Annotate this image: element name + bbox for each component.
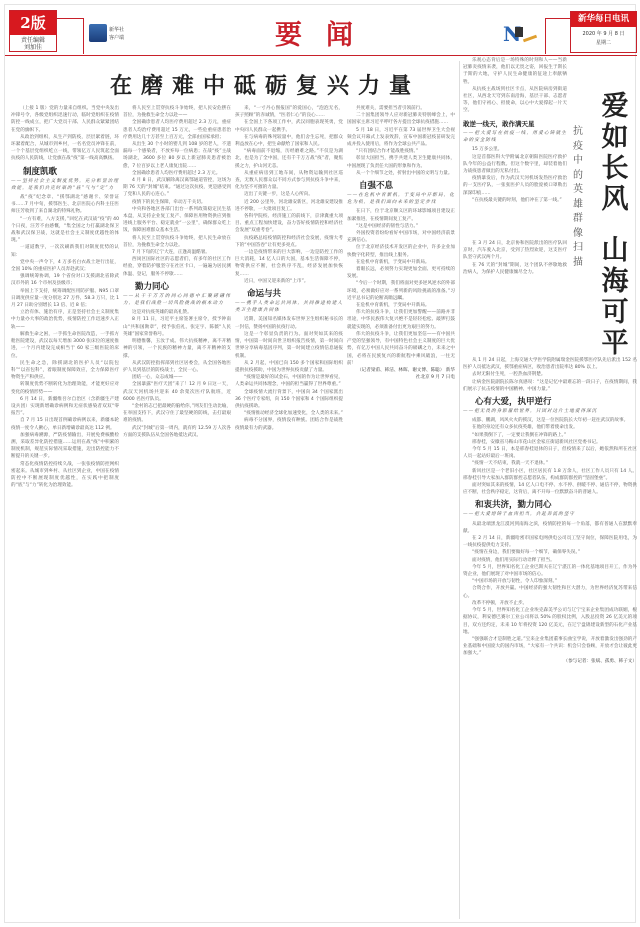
paragraph: 自 7 月 15 日出现首例确诊病例以来，新疆本轮疫情一度令人揪心，单日新增确诊… <box>11 417 119 431</box>
paragraph: 武汉“封城”后第一周内，就有约 12.59 万人次各方面的支援队伍从全国各地抵达… <box>123 425 231 439</box>
paragraph: 从武汉防控指挥部到社区居委会，从全国各地医护人员到基层的防疫战士，全民一心。 <box>123 360 231 374</box>
paragraph: “疫情在身边，我们要做好每一个细节，确保零失误。” <box>463 549 637 556</box>
paragraph: 各科学院校、经济施工的前线下，京津冀重大项目、重点工程加快建设，奋力答好疫情防控… <box>235 213 343 235</box>
section-title: 要闻 <box>275 13 377 52</box>
paragraph: 加强病毒溯源，严防疫情输出，开展免费核酸检测，采取差异化防控措施……运用在战“疫… <box>11 432 119 461</box>
feature-heading-1: 敢逆一线天，敢作满天星 <box>463 118 567 130</box>
paragraph: 从政治到组织，从生产到防疫，层层紧着链，环环紧着配合，从城市到乡村，一名名党员冲… <box>11 134 119 163</box>
decor-line <box>83 18 84 54</box>
paragraph: 从 1 月 24 日起，上海交通大学医学院附属瑞金医院援鄂医疗队先后派出 152… <box>463 357 637 371</box>
paragraph: 邢春桂，安徽省马鞍山市花山区金家庄街道新风社区党委书记。 <box>463 439 637 446</box>
section-subheading: ——携手人类命运共同体，共同推进构建人类卫生健康共同体 <box>235 300 343 314</box>
paragraph: 一道道数字，一次次刷新我们对制度优势的认知： <box>11 244 119 258</box>
paragraph: 这是对抗疫英雄的最高礼赞。 <box>123 309 231 316</box>
paragraph: 团结一心，众志成城—— <box>123 374 231 381</box>
paragraph: 今年 5 月 15 日，本是邢春桂退休的日子，但疫情来了以后，她依然和所在社区人… <box>463 446 637 460</box>
paragraph: “这是中国经济的韧性与活力。” <box>347 223 455 230</box>
paragraph: 改革不停顿，开放不止步。 <box>463 600 637 607</box>
paragraph: 今年 5 月，世界知名化工企业埃克森美孚公司与辽宁宝来企业集团成功联姻，根据协议… <box>463 607 637 636</box>
paragraph: 在危机中育新机，于变局中开新局。 <box>347 259 455 266</box>
paragraph: 中央和各地区各部门出台一系列政策稳定民生基本盘，从支持企业复工复产、保障医用物资… <box>123 206 231 235</box>
paragraph: 在 76 天的“封城”期间，这个团队不停歇地救治病人，为保护人民健康倾尽全力。 <box>463 262 567 276</box>
paragraph: 疫情暴发后，作为武汉天河机场发热医疗救治的一支医疗队，一张张医护人员的脸庞被口罩… <box>463 175 567 197</box>
article-byline: （记者梁甫、韩洁、林晖、谢文博、陈聪） 新华社北京 9 月 7 日电 <box>347 367 455 381</box>
paragraph: 转制度优势不断转化为治理效能，才能更好应对变化的疫情形势—— <box>11 381 119 395</box>
paragraph: “一方有难，八方支援，”回忆在武汉战“疫”的 40 个日夜，汪芳不由感慨，“集全… <box>11 216 119 245</box>
paragraph: 近期，美国知名媒体发布世界卫生组织秘书长的一封信，赞扬中国的抗疫行动。 <box>235 316 343 330</box>
decor-line <box>545 18 570 19</box>
paragraph: 从一个个细节之处，折射出中国的文明与力量。 <box>347 170 455 177</box>
col1-paragraphs: （上接 1 版）党的力量来自组织。当党中央发出冲锋号令，各级党组织迅速行动，临时… <box>11 105 119 163</box>
paragraph: “金村的志已把最硬的脑给你，”网友们生动比喻，在举国支持下，武汉守住了最坚硬的防… <box>123 403 231 425</box>
paragraph: 立治有体、施治有序，正是坚持社会主义制度集中力量办大事的政治优势，疫情防控工作迅… <box>11 309 119 331</box>
paragraph: 在与病毒的殊死较量中，他们舍生忘死，把群众利益放在心中，把生命献给了国家和人民。 <box>235 134 343 148</box>
section-heading-shared-future: 命运与共 <box>235 288 343 300</box>
paragraph: 在 2 月 14 日，新疆哈密市国家电网供电公司员工坚守岗位，保障医院用电，为一… <box>463 535 637 549</box>
article-column-2: 将人民至上贯穿抗疫斗争始终，把人民安危摆在首位，为挽救生命全力以赴——全国确诊患… <box>123 105 231 917</box>
paragraph: 将人民至上贯穿抗疫斗争始终，把人民生命放在首位，为挽救生命全力以赴。 <box>123 235 231 249</box>
paragraph: “强强联合才是制胜之道。”宝来企业集团董事长曲宝学说，开放着激发出强劲的产业基础… <box>463 636 637 658</box>
article-column-1: （上接 1 版）党的力量来自组织。当党中央发出冲锋号令，各级党组织迅速行动，临时… <box>11 105 119 917</box>
paragraph: 病毒不分国界，疫情没有种族。团结合作是战胜疫情最有力的武器。 <box>235 417 343 431</box>
paragraph: 在 3 月 24 日，北京协和医院派出的医疗队回京时，汽车驶入北京，受到了热烈欢… <box>463 240 567 262</box>
paragraph: 这是一个彰显负责的行为。面对突如其来的疫情，中国第一时间向世卫组织报告疫情，第一… <box>235 331 343 360</box>
paragraph: 从出生 30 个小时的婴儿到 108 岁的老人，不遗漏每一个感染者，不放弃每一位… <box>123 141 231 170</box>
paragraph: 这是首都医科大学附属北京朝阳医院医疗救护队今年的公益行程数。但这个数字里，却装着… <box>463 154 567 176</box>
paragraph: 着眼长远，必须努力实现更加全面、更可持续的发展。 <box>347 266 455 280</box>
section-subheading: ——从千千万万的同心同德中汇聚磅礴伟力，是我们战胜一切风险挑战的根本动力 <box>123 293 231 307</box>
paragraph: 在危机中育新机，于变局中开新局。 <box>347 302 455 309</box>
paragraph: 新风社区是一个老旧小区，社区居民有 1.8 万余人，社区工作人员只有 14 人。… <box>463 468 637 482</box>
edition-number: 2版 <box>10 11 56 35</box>
paragraph: 在他的身边还有众多抗疫英雄，他们带着使命出发。 <box>463 424 637 431</box>
newspaper-page: 2版 责任编辑 刘加佳 新华社 客户端 要闻 N 新华每日电讯 2020 年 9… <box>4 4 636 923</box>
paragraph: “只有团结合作才能战胜疫情。” <box>347 148 455 155</box>
paragraph: 7 月下旬的辽宁大连，正逢高温酷暑。 <box>123 249 231 256</box>
xinhua-client-label: 新华社 客户端 <box>109 26 124 42</box>
paragraph: 8 月 11 日，习近平主席签署主席令，授予钟南山“共和国勋章”，授予张伯礼、张… <box>123 316 231 338</box>
paragraph: 将人民至上贯穿抗疫斗争始终，把人民安危摆在首位，为挽救生命全力以赴—— <box>123 105 231 119</box>
paragraph: 来，“一寸丹心图报国”的爱国心，“泡泡无名，孩子照顾”的赤诚情，“医者仁心”的良… <box>235 105 343 119</box>
paragraph: 今年 5 月，世界知名化工企业巴斯夫在辽宁湛江的一体化基地项目开工，作为外资企业… <box>463 564 637 578</box>
paragraph: 全国暴露“医疗天团”来了！12 月 9 日这一天，武汉天河机场共迎来 40 余架… <box>123 381 231 403</box>
feature-heading-2: 心有大爱，执甲逆行 <box>463 396 637 408</box>
paragraph: 迈出了关键一步，这是人心所向。 <box>235 191 343 198</box>
paper-name-badge: 新华每日电讯 2020 年 9 月 8 日 星期二 <box>570 11 637 53</box>
paragraph: 疫情下的民生保障，牵动万千关切。 <box>123 199 231 206</box>
paragraph: 全国确诊患者人均医疗费用超过 2.3 万元，重症患者人均治疗费用超过 15 万元… <box>123 119 231 141</box>
main-headline: 在磨难中砥砺复兴力量 <box>55 69 475 100</box>
article-column-3: 来，“一寸丹心图报国”的爱国心，“泡泡无名，孩子照顾”的赤诚情，“医者仁心”的良… <box>235 105 343 917</box>
paragraph: 西岗区国际社区的志愿者们，有多年的社区工作经验，穿着防护服坚守在社区卡口，一遍遍… <box>123 256 231 278</box>
paragraph: 位于北京经济技术开发区的企业中，许多企业加快数字化转型，推出线上服务。 <box>347 244 455 258</box>
paragraph: 二十国集团领导人应对新冠肺炎特别峰会上，中国国家主席习近平呼吁各方提出全球抗疫措… <box>347 112 455 126</box>
editor-name: 刘加佳 <box>10 44 56 51</box>
paragraph: 战“疫”纪念章、“援鄂湖北”感谢卡、荣誉证书……7 月中旬，援鄂医生、北京医院心… <box>11 194 119 216</box>
feature-heading-3: 和衷共济，勠力同心 <box>463 499 637 511</box>
paragraph: 近日，中国又迎来新的“上市”。 <box>235 278 343 285</box>
decor-line <box>57 18 83 19</box>
section-heading-self-reliance: 自强不息 <box>347 180 455 192</box>
paragraph: 一边是疫情带来的巨大影响，一边是防控工作的巨大消耗，14 亿人口的大国，基本生活… <box>235 249 343 278</box>
feature-section-1b: 在 3 月 24 日，北京协和医院派出的医疗队回京时，汽车驶入北京，受到了热烈欢… <box>463 240 567 355</box>
paragraph: 让病金医院副院长陈尔真感叹：“这是记忆中最难忘的一段日子，在疫情期间，我们展示了… <box>463 379 637 393</box>
paragraph: “疫情一天不结束，我就一天不退休。” <box>463 460 637 467</box>
paragraph: 伟大的抗疫斗争，让我们更加警醒——前路并非坦途，中华民族伟大复兴绝不是轻轻松松、… <box>347 309 455 331</box>
paragraph: “在抗疫最关键的时刻，他们冲在了第一线。” <box>463 197 567 204</box>
section-subheading: ——在危机中育新机，于变局中开新局，化危为机，是我们面向未来的坚定步伐 <box>347 192 455 206</box>
paragraph: “今后一个时期，我们将面对更多逆风逆水的外部环境，必须做好应对一系列新的风险挑战… <box>347 280 455 302</box>
feature-body: 从 1 月 24 日起，上海交通大学医学院附属瑞金医院援鄂医疗队先后派出 152… <box>463 357 637 917</box>
editor-label: 责任编辑 <box>10 37 56 44</box>
paragraph: 4 月 8 日，武汉解除离汉离鄂通道管控，这场为期 76 天的“封城”结束。“通… <box>123 177 231 199</box>
paragraph: 外国投资者纷纷看好中国市场，对中国经济前景充满信心。 <box>347 230 455 244</box>
feature-section-1: 敢逆一线天，敢作满天星 ——把大爱写在抗疫一线，用爱心铸就生命的安全防线 15 … <box>463 115 567 235</box>
paragraph: 从最北端黑龙江漠河到南海之滨，疫情防控的每一个角落，都有普通人在默默奉献。 <box>463 521 637 535</box>
paragraph: 明德惟馨，玉汝于成。伟大抗疫精神，离不开精神的引领，一个民族的精神力量，离不开精… <box>123 338 231 360</box>
masthead: 2版 责任编辑 刘加佳 新华社 客户端 要闻 N 新华每日电讯 2020 年 9… <box>5 5 637 57</box>
paragraph: 从重症病房到工地车间，从物资运输到社区巡查，无数人民群众以不同方式参与到抗疫斗争… <box>235 170 343 192</box>
paragraph: 从抗疫主战场到社区卡点，从医院病房到街道社区，从西北天穹到东南沿海，基层干部、志… <box>463 86 567 113</box>
paragraph: 近 200 公里外，河北雄安新区，河北雄安建设推进不停歇，一大批项目复工。 <box>235 199 343 213</box>
section-heading-unity: 勠力同心 <box>123 281 231 293</box>
paragraph: 伟大的抗疫斗争，让我们更加坚信——有中国共产党的坚强领导，有中国特色社会主义制度… <box>347 331 455 367</box>
paragraph: 党中央一声令下，4 万多名白衣战士逆行出征，全国 10% 的重症医护人员奔赴武汉… <box>11 259 119 273</box>
section-subheading: ——坚持社会主义制度优势，充分彰显治理效能，是我们共克时艰的“底”气与“定”力 <box>11 178 119 192</box>
paragraph: 在全国上下各项工作中，武汉同胞表现英勇，党中央同人民群众一起携手。 <box>235 119 343 133</box>
paragraph: “如果我倒下了，一定要让我倒在冲锋的路上。” <box>463 432 637 439</box>
article-column-4: 共度难关，需要担当者引领前行。二十国集团领导人应对新冠肺炎特别峰会上，中国国家主… <box>347 105 455 917</box>
paragraph: 民生命之急，除援湖北的医护人员“以院包科”“以省包科”，着眼制度保障效应，全力保… <box>11 360 119 382</box>
paragraph: “病毒面前不退缩，历经磨难之路。”不仅是为湖北，也是为了全中国，还有千千万万战“… <box>235 148 343 170</box>
paragraph: 从 2 月起，中国已向 150 多个国家和国际组织提供抗疫援助，中国为世界抗疫贡… <box>235 360 343 374</box>
paragraph: 6 月 14 日，新疆维吾尔自治区（含新疆生产建设兵团）实现新增确诊病例和无症状… <box>11 396 119 418</box>
feature-title: 爱如长风 山海可平 <box>597 91 633 359</box>
paragraph: “疫情推动经济全球化加速变化，全人类的未来。” <box>235 410 343 417</box>
paragraph: 强调统筹协调，19 个省份对口支援湖北省除武汉市外的 16 个市州及县级市； <box>11 273 119 287</box>
paragraph: “疫情是最好的试金石，中国的作为让世界看见，人类命运共同体理念，中国的担当赢得了… <box>235 374 343 388</box>
paper-name: 新华每日电讯 <box>571 12 636 27</box>
paragraph: 解救生命之困，一手抓生命医院改造，一手抓方舱医院建设，武汉以每天增加 3000 … <box>11 331 119 360</box>
issue-date: 2020 年 9 月 8 日 星期二 <box>571 27 636 48</box>
paragraph: 全球疫情大流行背景下，中国向 34 个国家派出 36 个医疗专家组，向 150 … <box>235 389 343 411</box>
header-rule <box>5 55 637 56</box>
paragraph: 合资合作，开放共赢。中国经济的强大韧性和巨大潜力，为世界经济复苏带来信心。 <box>463 585 637 599</box>
feature-subtitle: 抗疫中的英雄群像扫描 <box>571 125 585 270</box>
paragraph: 成都、鹏湖，风风火火的援汉，这是一位医院院长大年初一赶往武汉的故事。 <box>463 417 637 424</box>
paragraph: 全国确诊患者人均医疗费用超过 2.3 万元。 <box>123 170 231 177</box>
xinhua-client-logo-icon <box>89 24 107 42</box>
paragraph: “中国市场的开放与韧性，令人印象深刻。” <box>463 578 637 585</box>
feature-byline: （参与记者：张斌、孤勇、韩子文） <box>463 658 637 665</box>
paragraph: 共度难关，需要担当者引领前行。 <box>347 105 455 112</box>
paragraph: 15 万多公里。 <box>463 146 567 153</box>
section-heading-institution: 制度凯歌 <box>11 166 119 178</box>
paragraph: 去时无限付生死，一腔热血济荆楚。 <box>463 371 637 378</box>
paragraph: 常态化疫情防控持续久战，一张张疫情防控网织密起来。从城市到乡村、从社区到企业，中… <box>11 461 119 490</box>
paragraph: 举国上下支持，统筹调配医用防护服、N95 口罩日调度供应量一度分别达 27 万件… <box>11 288 119 310</box>
paragraph: 面对突如其来的疫情，14 亿人口电不停、水不停、供暖不停、通信不停，物资供应不断… <box>463 482 637 496</box>
feature-intro: 乐观心态背后是一场特殊的时刻和人——当新冠肺炎疫情来袭，他们以无畏之姿，回报生于… <box>463 57 567 113</box>
paragraph: 抗疫路总结疫情防控和经济社会发展，疫情大考下的“中国答卷”让有更多亮点。 <box>235 235 343 249</box>
paragraph: （上接 1 版）党的力量来自组织。当党中央发出冲锋号令，各级党组织迅速行动，临时… <box>11 105 119 134</box>
paragraph: 面对疫情，他们用实际行动诠释了担当。 <box>463 557 637 564</box>
paragraph: 在日下，位于北京顺义区的环球影城项目建设正加紧推进，在疫情期间复工复产。 <box>347 208 455 222</box>
news-logo-icon: N <box>503 23 539 45</box>
editor-info: 责任编辑 刘加佳 <box>10 35 56 51</box>
paragraph: 彰显大国担当，携手共建人类卫生健康共同体，中国展现了负责任大国的形象和作为。 <box>347 155 455 169</box>
paragraph: 5 月 18 日，习近平在第 73 届世界卫生大会视频会议开幕式上发表致辞，宣布… <box>347 127 455 149</box>
edition-badge: 2版 责任编辑 刘加佳 <box>9 10 57 52</box>
decor-line <box>545 18 546 54</box>
column-divider <box>459 61 460 919</box>
